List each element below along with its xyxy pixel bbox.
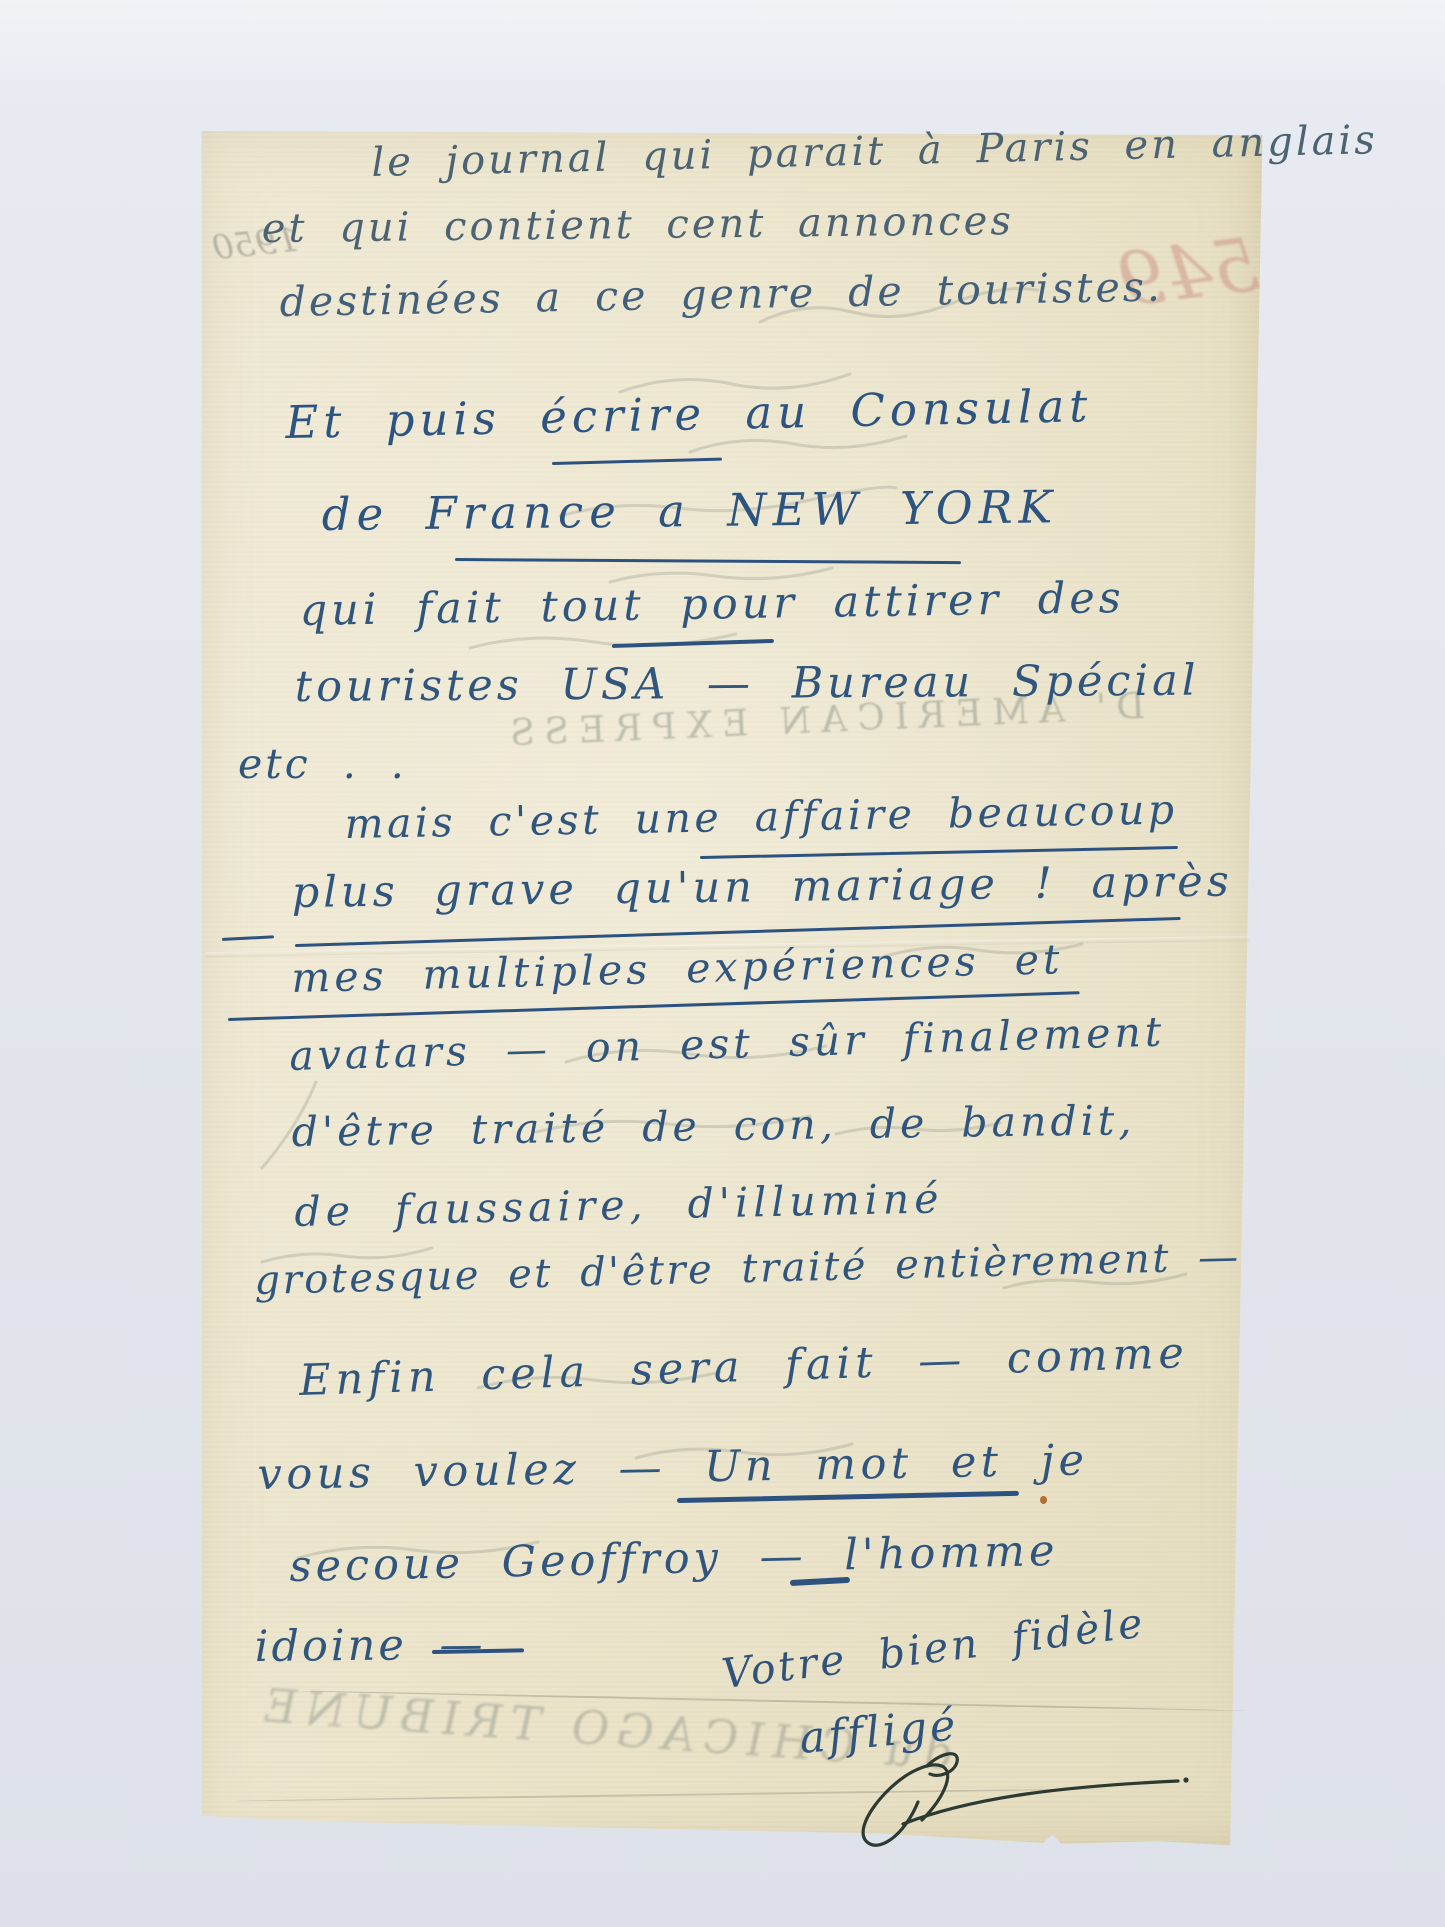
signature-paraph: [0, 0, 1445, 1927]
photograph-of-handwritten-letter: 549 1950 D' AMERICAN EXPRESS du CHICAGO …: [0, 0, 1445, 1927]
